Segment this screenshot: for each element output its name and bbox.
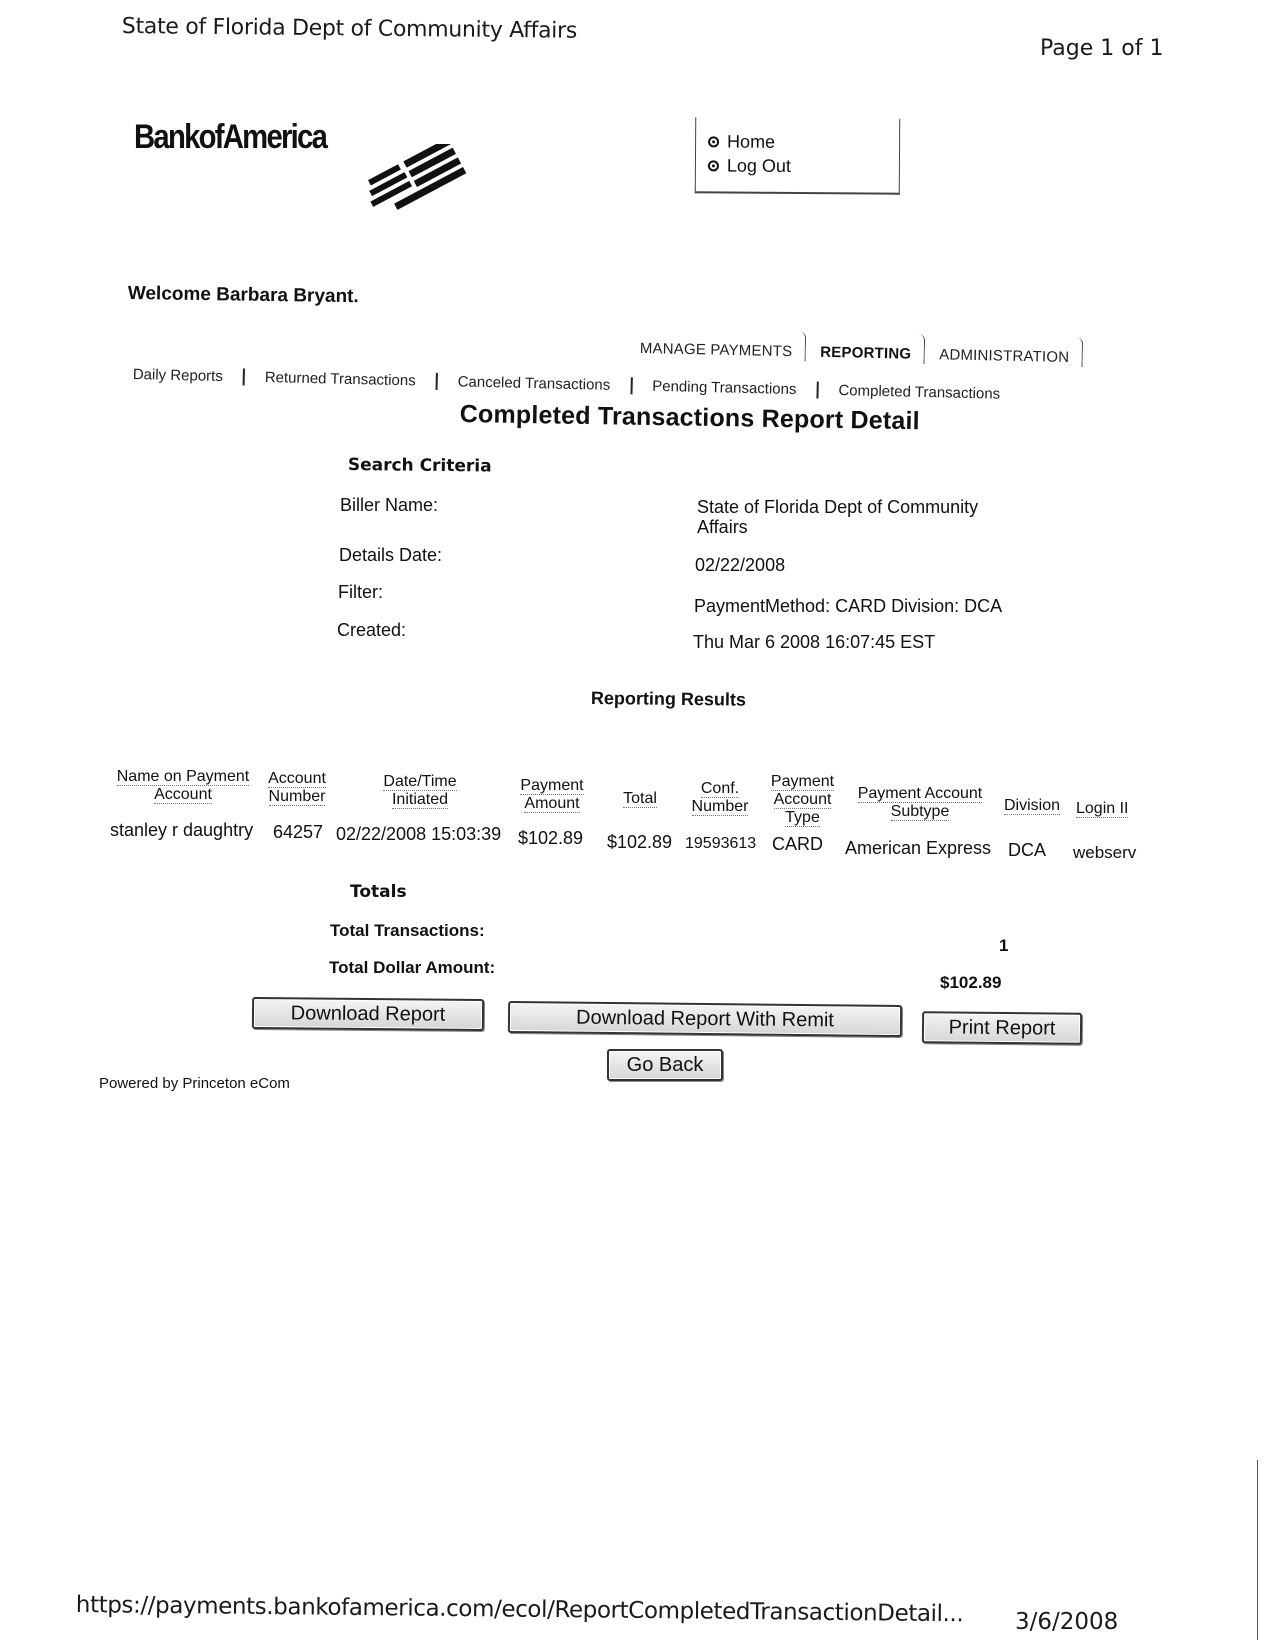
search-criteria-heading: Search Criteria	[348, 455, 492, 477]
col-header-name[interactable]: Name on Payment Account	[108, 768, 258, 804]
col-header-payment-amount[interactable]: Payment Amount	[512, 777, 592, 813]
col-header-login-id[interactable]: Login II	[1076, 800, 1142, 818]
cell-date-time: 02/22/2008 15:03:39	[336, 824, 501, 845]
total-dollar-label: Total Dollar Amount:	[329, 958, 495, 978]
totals-heading: Totals	[350, 882, 407, 902]
tab-manage-payments[interactable]: MANAGE PAYMENTS	[640, 340, 809, 361]
cell-payment-amount: $102.89	[518, 828, 583, 849]
page-title: Completed Transactions Report Detail	[460, 400, 920, 436]
details-date-value: 02/22/2008	[695, 555, 1015, 575]
total-dollar-value: $102.89	[940, 973, 1001, 993]
col-header-payment-account-subtype[interactable]: Payment Account Subtype	[845, 785, 995, 821]
report-subnav: Daily Reports Returned Transactions Canc…	[133, 366, 1001, 403]
account-nav-box: Home Log Out	[695, 117, 901, 194]
separator	[816, 382, 818, 399]
subtab-completed-transactions[interactable]: Completed Transactions	[838, 382, 1000, 403]
subtab-pending-transactions[interactable]: Pending Transactions	[652, 378, 797, 398]
separator	[435, 373, 437, 390]
cell-division: DCA	[1008, 840, 1046, 861]
filter-label: Filter:	[338, 582, 383, 603]
biller-name-label: Biller Name:	[340, 495, 438, 516]
home-link[interactable]: Home	[708, 131, 775, 152]
logout-link-label: Log Out	[727, 156, 791, 177]
powered-by: Powered by Princeton eCom	[99, 1075, 290, 1092]
col-header-conf-number[interactable]: Conf. Number	[685, 780, 755, 816]
print-footer-date: 3/6/2008	[1015, 1609, 1118, 1635]
col-header-date-time[interactable]: Date/Time Initiated	[375, 773, 465, 809]
home-link-label: Home	[727, 132, 775, 153]
tab-reporting[interactable]: REPORTING	[820, 344, 927, 363]
bank-logo-text: BankofAmerica	[134, 118, 326, 157]
bullet-icon	[708, 136, 719, 147]
col-header-payment-account-type[interactable]: Payment Account Type	[765, 773, 840, 827]
separator	[243, 368, 245, 385]
download-report-with-remit-button[interactable]: Download Report With Remit	[508, 1001, 902, 1037]
subtab-returned-transactions[interactable]: Returned Transactions	[265, 369, 416, 389]
reporting-results-heading: Reporting Results	[591, 688, 746, 711]
cell-account-number: 64257	[273, 822, 323, 843]
bullet-icon	[708, 160, 719, 171]
main-tabs: MANAGE PAYMENTS REPORTING ADMINISTRATION	[640, 340, 1098, 367]
biller-name-value: State of Florida Dept of Community Affai…	[697, 497, 1017, 537]
col-header-division[interactable]: Division	[1000, 797, 1064, 815]
cell-payment-account-subtype: American Express	[845, 838, 991, 859]
page-count: Page 1 of 1	[1040, 36, 1163, 61]
cell-name: stanley r daughtry	[110, 820, 253, 841]
col-header-total[interactable]: Total	[610, 790, 670, 808]
total-transactions-value: 1	[999, 936, 1008, 956]
scan-edge-line	[1257, 1460, 1258, 1640]
go-back-button[interactable]: Go Back	[607, 1049, 723, 1081]
details-date-label: Details Date:	[339, 545, 442, 566]
print-footer-url: https://payments.bankofamerica.com/ecol/…	[76, 1592, 964, 1627]
flag-logo-icon	[355, 144, 475, 214]
download-report-button[interactable]: Download Report	[252, 997, 484, 1031]
print-header-title: State of Florida Dept of Community Affai…	[122, 14, 577, 44]
total-transactions-label: Total Transactions:	[330, 921, 485, 941]
welcome-message: Welcome Barbara Bryant.	[128, 283, 359, 308]
cell-login-id: webserv	[1073, 843, 1136, 863]
cell-total: $102.89	[607, 832, 672, 853]
separator	[630, 377, 632, 394]
tab-administration[interactable]: ADMINISTRATION	[939, 346, 1085, 366]
created-label: Created:	[337, 620, 406, 641]
cell-payment-account-type: CARD	[772, 834, 823, 855]
col-header-account-number[interactable]: Account Number	[262, 770, 332, 806]
subtab-canceled-transactions[interactable]: Canceled Transactions	[457, 373, 610, 393]
filter-value: PaymentMethod: CARD Division: DCA	[694, 596, 1054, 616]
logout-link[interactable]: Log Out	[708, 155, 791, 177]
subtab-daily-reports[interactable]: Daily Reports	[133, 366, 223, 385]
print-report-button[interactable]: Print Report	[922, 1011, 1082, 1045]
created-value: Thu Mar 6 2008 16:07:45 EST	[693, 632, 1053, 652]
cell-conf-number: 19593613	[685, 835, 756, 853]
